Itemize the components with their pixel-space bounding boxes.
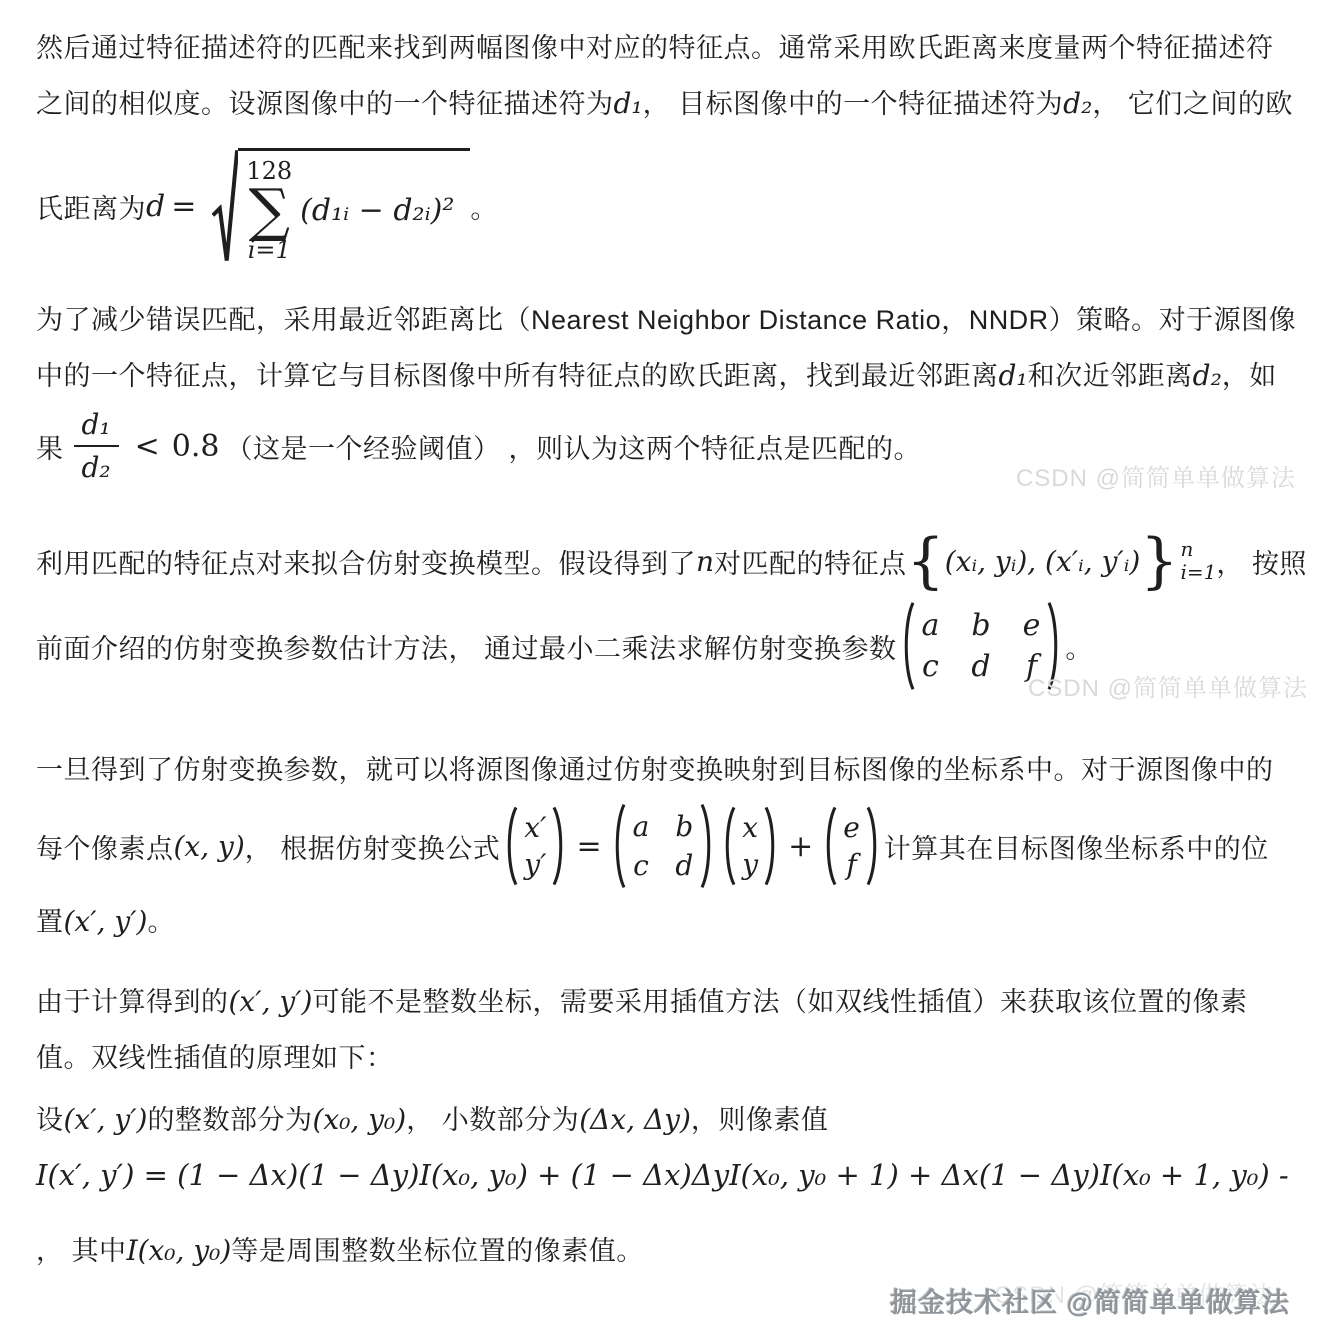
text: 每个像素点: [36, 827, 174, 866]
text: 一旦得到了仿射变换参数，就可以将源图像通过仿射变换映射到目标图像的坐标系中。对于…: [36, 755, 1274, 785]
math-xy: (x, y): [174, 830, 245, 863]
watermark-juejin: 掘金技术社区 @简简单单做算法: [890, 1281, 1290, 1320]
text: 等是周围整数坐标位置的像素值。: [231, 1236, 644, 1266]
vector-cell: e: [843, 811, 860, 844]
text: 计算其在目标图像坐标系中的位: [884, 827, 1269, 866]
input-vector: x y: [722, 805, 778, 887]
para-interpolation: 由于计算得到的(x′, y′)可能不是整数坐标，需要采用插值方法（如双线性插值）…: [36, 974, 1300, 1086]
text-line: 一旦得到了仿射变换参数，就可以将源图像通过仿射变换映射到目标图像的坐标系中。对于…: [36, 742, 1300, 798]
left-brace: {: [907, 531, 945, 591]
text: ， 按照: [1216, 542, 1307, 581]
equals-sign: =: [171, 189, 196, 224]
linear-matrix: a b c d: [612, 802, 715, 890]
text: ，则像素值: [691, 1105, 829, 1135]
formula-affine-transform: 每个像素点 (x, y) ， 根据仿射变换公式 x′ y′ = a b c d: [36, 802, 1300, 890]
square-root: 128 ∑ i=1 (d₁ᵢ − d₂ᵢ)²: [212, 148, 470, 264]
text: 氏距离为: [36, 187, 146, 226]
text: 和次近邻距离: [1028, 361, 1193, 391]
right-paren-icon: [551, 805, 566, 887]
text-line: 中的一个特征点，计算它与目标图像中所有特征点的欧氏距离，找到最近邻距离d₁和次近…: [36, 348, 1300, 404]
text-line: 由于计算得到的(x′, y′)可能不是整数坐标，需要采用插值方法（如双线性插值）…: [36, 974, 1300, 1030]
left-paren-icon: [823, 805, 838, 887]
text: 前面介绍的仿射变换参数估计方法， 通过最小二乘法求解仿射变换参数: [36, 627, 897, 666]
text: 对匹配的特征点: [714, 542, 907, 581]
summation: 128 ∑ i=1: [246, 159, 292, 262]
radical-sign-icon: [212, 148, 238, 264]
right-paren-icon: [865, 805, 880, 887]
math-xpyp: (x′, y′): [229, 985, 313, 1018]
math-d1: d₁: [999, 359, 1028, 392]
text: 然后通过特征描述符的匹配来找到两幅图像中对应的特征点。通常采用欧氏距离来度量两个…: [36, 33, 1274, 63]
vector-cell: y: [742, 848, 758, 881]
text: 置: [36, 907, 64, 937]
equals-sign: =: [576, 829, 601, 864]
matrix-cell: a: [922, 608, 940, 643]
text: ， 根据仿射变换公式: [245, 827, 501, 866]
bilinear-expression: I(x′, y′) = (1 − Δx)(1 − Δy)I(x₀, y₀) + …: [36, 1158, 1289, 1192]
matched-points-set: (xᵢ, yᵢ), (x′ᵢ, y′ᵢ): [945, 545, 1141, 578]
vector-cell: x: [742, 811, 758, 844]
text: 。: [1065, 627, 1093, 666]
math-dxdy: (Δx, Δy): [579, 1103, 691, 1136]
output-vector: x′ y′: [504, 805, 566, 887]
matrix-cell: b: [971, 608, 990, 643]
watermark-csdn-2: CSDN @简简单单做算法: [1028, 668, 1308, 703]
matrix-cells: a b e c d f: [916, 600, 1047, 692]
text: 可能不是整数坐标，需要采用插值方法（如双线性插值）来获取该位置的像素: [312, 987, 1247, 1017]
fraction-numerator: d₁: [74, 408, 119, 447]
text: 由于计算得到的: [36, 987, 229, 1017]
math-xpyp: (x′, y′): [64, 1103, 148, 1136]
right-paren-icon: [699, 802, 714, 890]
matrix-cell: c: [633, 849, 649, 882]
math-xpyp: (x′, y′): [64, 905, 148, 938]
para-feature-matching: 然后通过特征描述符的匹配来找到两幅图像中对应的特征点。通常采用欧氏距离来度量两个…: [36, 20, 1300, 132]
matrix-cell: c: [922, 649, 939, 684]
left-paren-icon: [504, 805, 519, 887]
math-d1: d₁: [614, 87, 643, 120]
matrix-cell: e: [1023, 608, 1041, 643]
para-footnote: ， 其中I(x₀, y₀)等是周围整数坐标位置的像素值。: [36, 1223, 1300, 1279]
threshold-value: 0.8: [172, 429, 220, 464]
left-paren-icon: [722, 805, 737, 887]
matrix-cells: a b c d: [627, 802, 700, 890]
subscript-i1: i=1: [1180, 561, 1216, 584]
text-line: 置(x′, y′)。: [36, 894, 1300, 950]
less-than-sign: <: [135, 429, 160, 464]
formula-euclidean-distance: 氏距离为 d = 128 ∑ i=1 (d₁ᵢ − d₂ᵢ)² 。: [36, 148, 1300, 264]
text: 的整数部分为: [147, 1105, 312, 1135]
para-nndr: 为了减少错误匹配，采用最近邻距离比（Nearest Neighbor Dista…: [36, 292, 1300, 404]
text-line: 利用匹配的特征点对来拟合仿射变换模型。假设得到了n对匹配的特征点 { (xᵢ, …: [36, 528, 1300, 594]
text: 利用匹配的特征点对来拟合仿射变换模型。假设得到了: [36, 542, 696, 581]
matrix-cell: d: [971, 649, 990, 684]
plus-sign: +: [788, 829, 813, 864]
set-limits: n i=1: [1180, 538, 1216, 584]
text: ， 其中: [36, 1236, 127, 1266]
text-line: 值。双线性插值的原理如下：: [36, 1030, 1300, 1086]
sigma-icon: ∑: [249, 183, 290, 238]
text: 。: [147, 907, 175, 937]
watermark-csdn-1: CSDN @简简单单做算法: [1016, 458, 1296, 493]
math-d2: d₂: [1193, 359, 1222, 392]
right-paren-icon: [763, 805, 778, 887]
text: （这是一个经验阈值） ，则认为这两个特征点是匹配的。: [226, 427, 922, 466]
para-integer-fraction: 设(x′, y′)的整数部分为(x₀, y₀)， 小数部分为(Δx, Δy)，则…: [36, 1092, 1300, 1148]
para-affine-mapping: 一旦得到了仿射变换参数，就可以将源图像通过仿射变换映射到目标图像的坐标系中。对于…: [36, 742, 1300, 950]
text-line: 为了减少错误匹配，采用最近邻距离比（Nearest Neighbor Dista…: [36, 292, 1300, 348]
left-paren-icon: [612, 802, 627, 890]
fraction: d₁ d₂: [74, 408, 119, 484]
vector-cells: e f: [838, 805, 865, 887]
superscript-n: n: [1180, 538, 1193, 561]
math-n: n: [696, 545, 714, 578]
text: ，如: [1222, 361, 1277, 391]
text: 为了减少错误匹配，采用最近邻距离比（Nearest Neighbor Dista…: [36, 305, 1296, 335]
text: 中的一个特征点，计算它与目标图像中所有特征点的欧氏距离，找到最近邻距离: [36, 361, 999, 391]
text: 。: [470, 187, 498, 226]
translation-vector: e f: [823, 805, 880, 887]
text: 果: [36, 427, 64, 466]
text: ， 小数部分为: [406, 1105, 579, 1135]
text: 设: [36, 1105, 64, 1135]
math-Ix0y0: I(x₀, y₀): [127, 1234, 232, 1267]
math-x0y0: (x₀, y₀): [312, 1103, 406, 1136]
text: ， 目标图像中的一个特征描述符为: [643, 89, 1064, 119]
right-brace: }: [1140, 531, 1178, 591]
article-body: 然后通过特征描述符的匹配来找到两幅图像中对应的特征点。通常采用欧氏距离来度量两个…: [0, 0, 1326, 1279]
vector-cell: f: [846, 848, 856, 881]
text-line: 之间的相似度。设源图像中的一个特征描述符为d₁， 目标图像中的一个特征描述符为d…: [36, 76, 1300, 132]
matrix-cell: d: [675, 849, 693, 882]
math-d2: d₂: [1063, 87, 1092, 120]
text: ， 它们之间的欧: [1092, 89, 1293, 119]
math-d: d: [146, 189, 165, 224]
fraction-denominator: d₂: [74, 447, 119, 484]
text: 之间的相似度。设源图像中的一个特征描述符为: [36, 89, 614, 119]
matrix-cell: b: [675, 810, 693, 843]
vector-cells: x′ y′: [519, 805, 551, 887]
vector-cell: y′: [524, 848, 546, 881]
formula-bilinear: I(x′, y′) = (1 − Δx)(1 − Δy)I(x₀, y₀) + …: [36, 1158, 1300, 1193]
radicand: 128 ∑ i=1 (d₁ᵢ − d₂ᵢ)²: [238, 148, 470, 264]
vector-cell: x′: [524, 811, 546, 844]
text: 值。双线性插值的原理如下：: [36, 1043, 394, 1073]
sum-lower-limit: i=1: [248, 238, 291, 262]
text-line: 然后通过特征描述符的匹配来找到两幅图像中对应的特征点。通常采用欧氏距离来度量两个…: [36, 20, 1300, 76]
left-paren-icon: [901, 600, 916, 692]
vector-cells: x y: [737, 805, 763, 887]
matrix-cell: a: [633, 810, 650, 843]
summand: (d₁ᵢ − d₂ᵢ)²: [300, 193, 454, 228]
